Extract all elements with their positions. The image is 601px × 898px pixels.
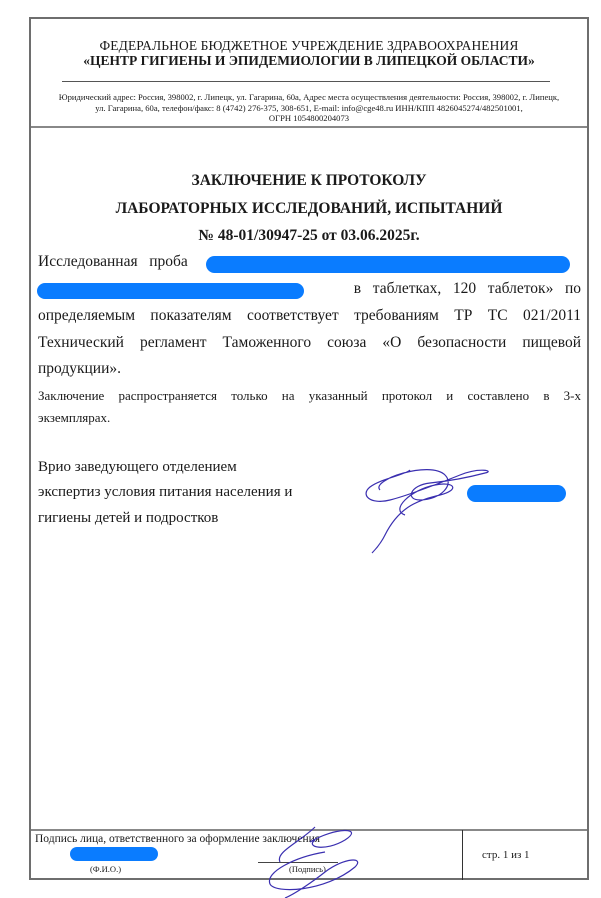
signatory-title-line: гигиены детей и подростков — [38, 510, 218, 527]
document-frame — [29, 17, 589, 880]
signatory-title-line: Врио заведующего отделением — [38, 459, 237, 476]
redacted-signatory-name — [467, 485, 566, 502]
note-text-line: экземплярах. — [38, 410, 581, 426]
note-text-line: Заключение распространяется только на ук… — [38, 388, 581, 404]
page-number: стр. 1 из 1 — [482, 849, 530, 861]
address-line: ул. Гагарина, 60а, телефон/факс: 8 (4742… — [33, 103, 585, 114]
signatory-title-line: экспертиз условия питания населения и — [38, 484, 292, 501]
body-text-line: определяемым показателям соответствует т… — [38, 307, 581, 325]
header-divider — [62, 81, 550, 82]
org-name-line2: «ЦЕНТР ГИГИЕНЫ И ЭПИДЕМИОЛОГИИ В ЛИПЕЦКО… — [29, 53, 589, 69]
sample-description-tail: в таблетках, 120 таблеток» по — [320, 280, 581, 298]
redacted-sample-name — [206, 256, 570, 273]
footer-divider — [462, 830, 463, 880]
org-name-line1: ФЕДЕРАЛЬНОЕ БЮДЖЕТНОЕ УЧРЕЖДЕНИЕ ЗДРАВОО… — [29, 38, 589, 54]
header-bottom-border — [31, 126, 587, 128]
redacted-sample-name-continued — [37, 283, 304, 299]
protocol-number: № 48-01/30947-25 от 03.06.2025г. — [29, 227, 589, 245]
document-title-line2: ЛАБОРАТОРНЫХ ИССЛЕДОВАНИЙ, ИСПЫТАНИЙ — [29, 200, 589, 218]
body-text-line: продукции». — [38, 360, 581, 378]
handwritten-signature-icon — [350, 455, 500, 555]
body-text-line: Технический регламент Таможенного союза … — [38, 334, 581, 352]
fio-caption: (Ф.И.О.) — [90, 864, 121, 874]
address-line: ОГРН 1054800204073 — [33, 113, 585, 124]
footer-signature-icon — [255, 822, 375, 898]
org-address: Юридический адрес: Россия, 398002, г. Ли… — [33, 92, 585, 124]
document-title-line1: ЗАКЛЮЧЕНИЕ К ПРОТОКОЛУ — [29, 172, 589, 190]
address-line: Юридический адрес: Россия, 398002, г. Ли… — [33, 92, 585, 103]
redacted-responsible-name — [70, 847, 158, 861]
